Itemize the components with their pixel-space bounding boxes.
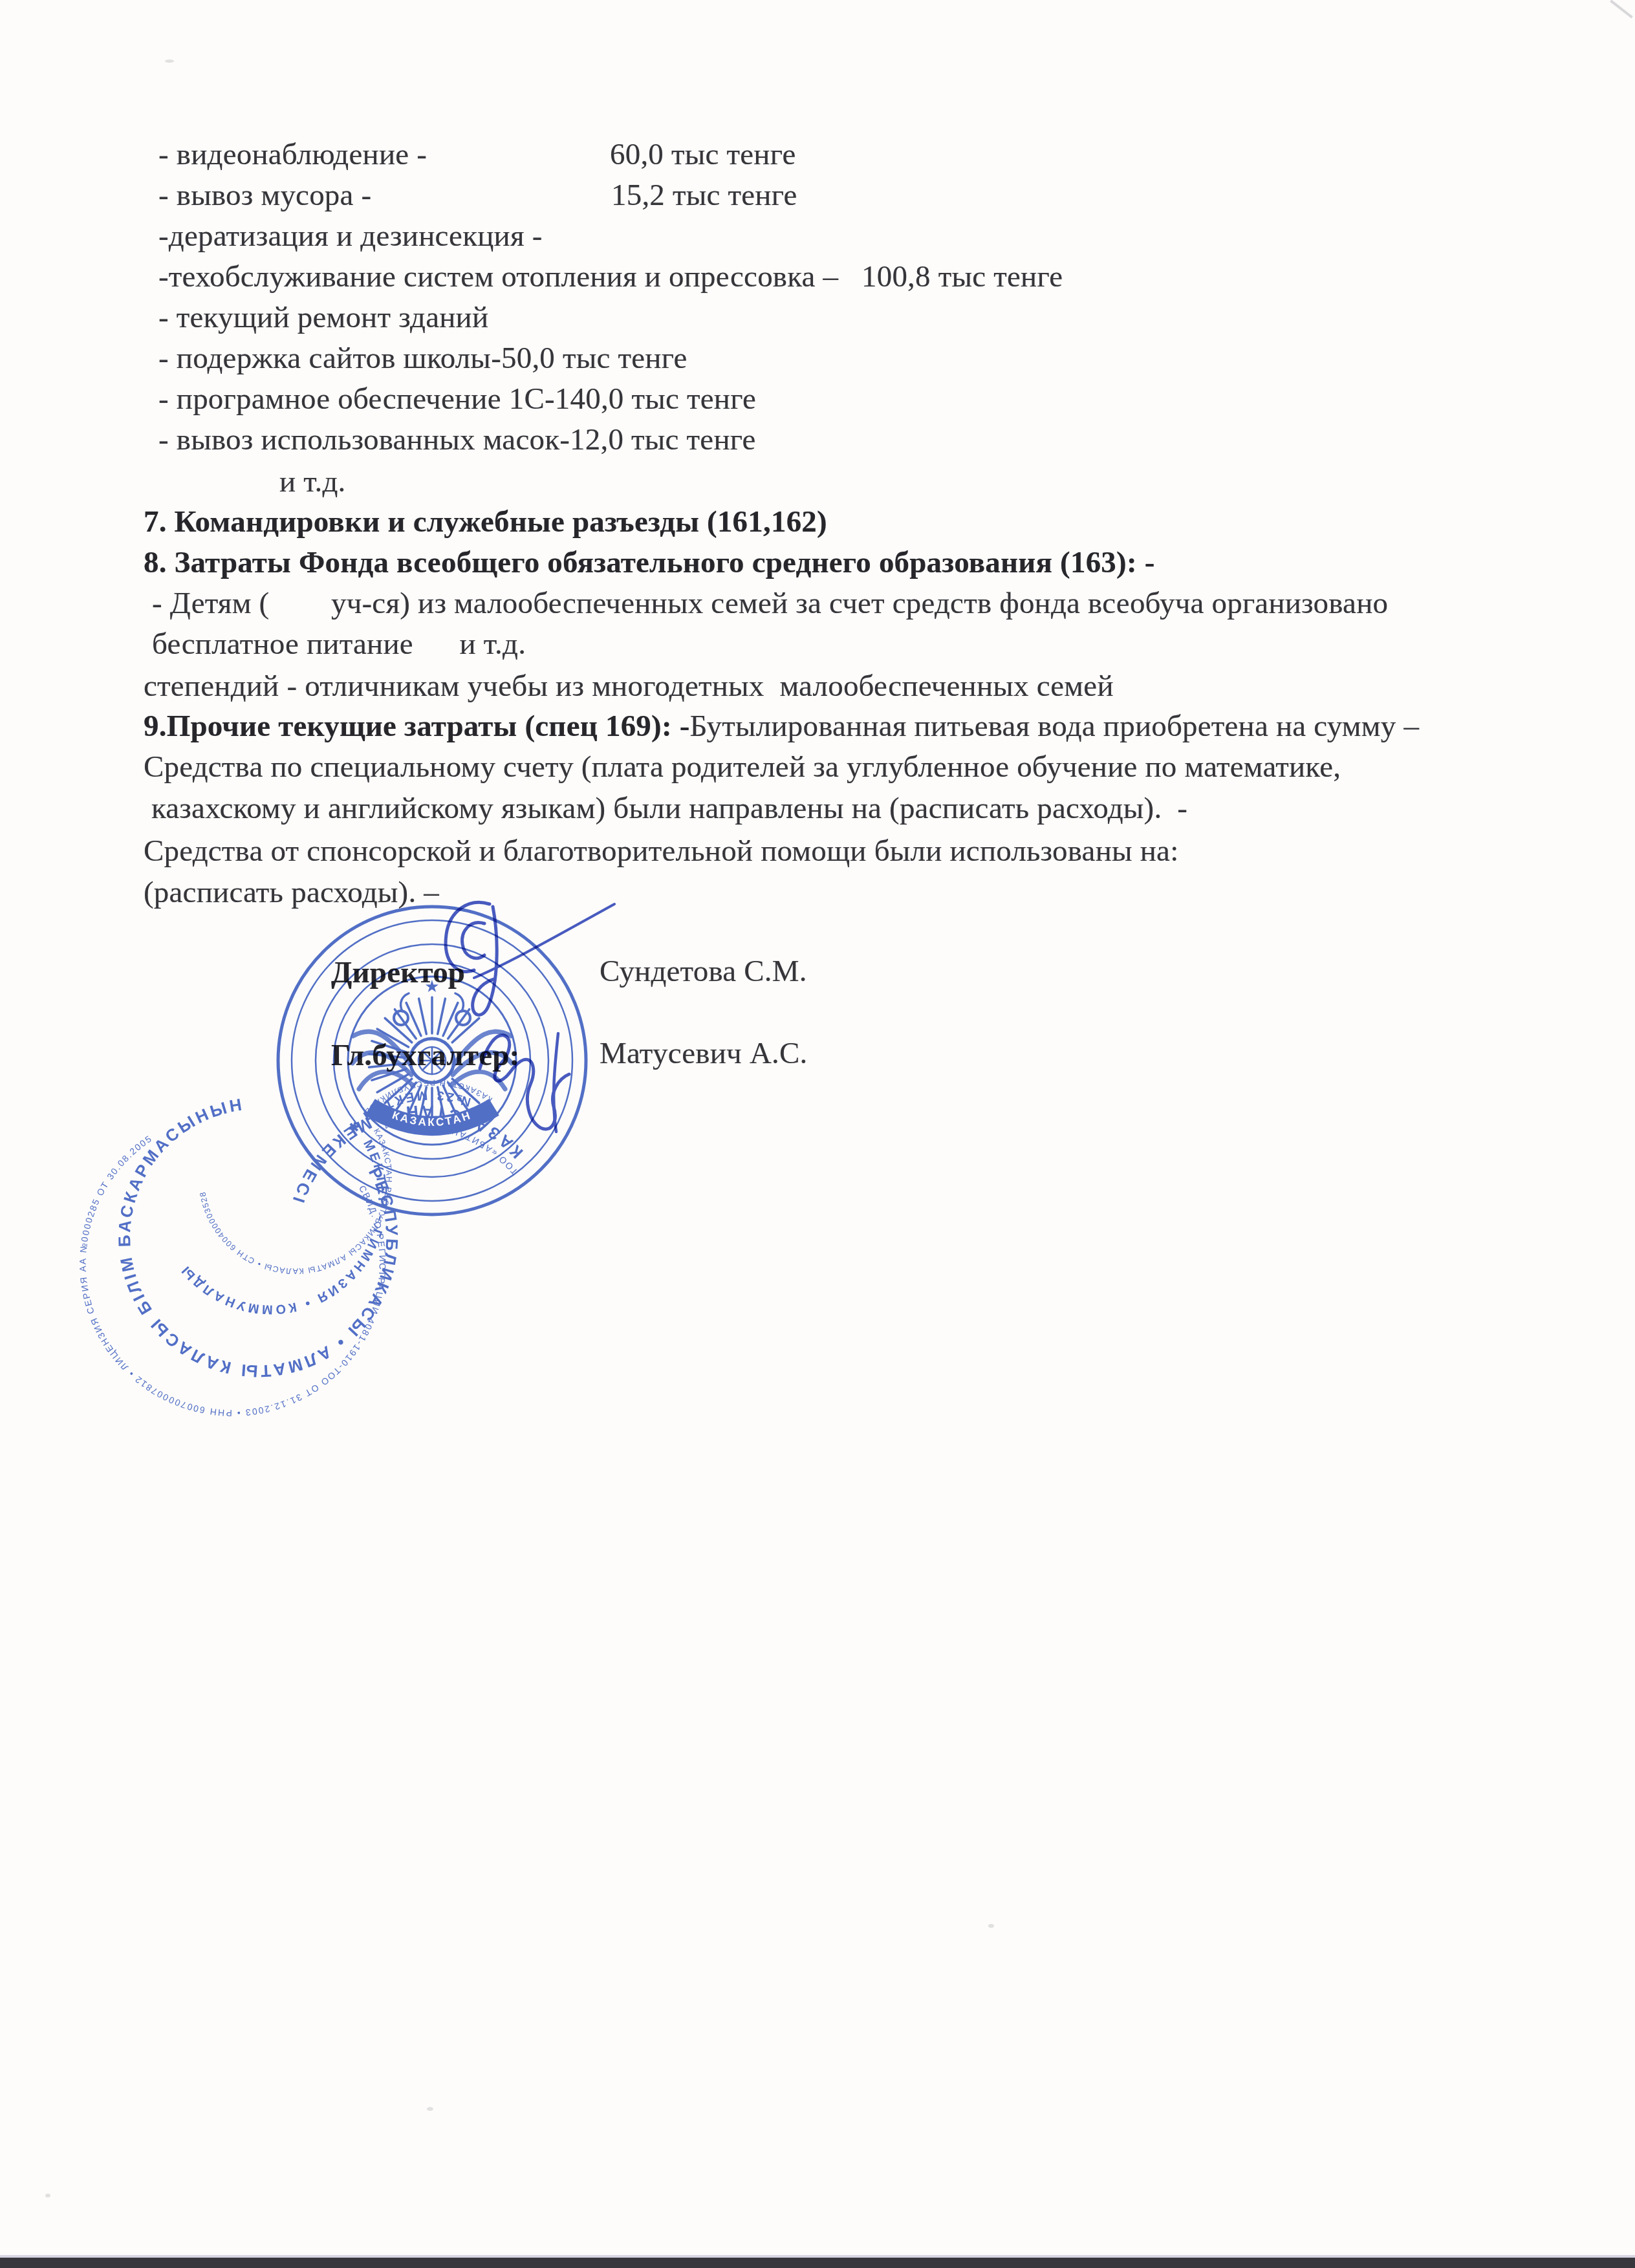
scan-speck — [165, 59, 174, 63]
scan-speck — [45, 2194, 50, 2198]
scan-speck — [988, 1924, 994, 1928]
scanned-document-page: - видеонаблюдение - 60,0 тыс тенге - выв… — [0, 0, 1635, 2268]
scan-speck — [427, 2107, 433, 2111]
accountant-signature — [480, 1033, 569, 1132]
scanner-dark-band — [0, 2258, 1635, 2268]
director-signature — [446, 902, 614, 1015]
ink-signatures — [0, 0, 1635, 2268]
